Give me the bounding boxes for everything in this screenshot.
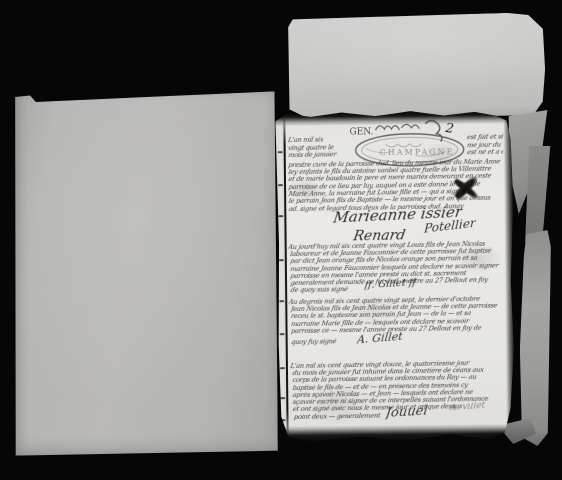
manuscript-page: GEN. CHAMPAGNE 2 L'an mil sixest fait et… [275, 109, 515, 443]
handwriting-line: est fait et signé [466, 134, 503, 141]
handwriting-line: mois de januier [288, 151, 345, 159]
handwriting-line: quoy fuy signé [291, 338, 347, 346]
signature: A. Gillet [357, 331, 404, 346]
handwriting-layer: L'an mil sixest fait et signévingt quatr… [275, 109, 515, 443]
handwriting-line: L'an mil six [287, 136, 344, 144]
handwriting-line: me jour du [467, 141, 504, 148]
signature: ff. Gillet ff [364, 278, 417, 291]
handwriting-line: de quoy suis signé [290, 286, 353, 294]
handwriting-line: vingt quatre le [288, 144, 345, 152]
page-bottom-torn-edge [279, 424, 516, 443]
loose-paper-sheet [285, 12, 546, 122]
signature: Jouuel [385, 404, 428, 420]
blank-left-page [13, 91, 278, 455]
signature: A. villet [449, 402, 485, 414]
archive-scan-photo: GEN. CHAMPAGNE 2 L'an mil sixest fait et… [0, 0, 562, 480]
handwriting-line: point deux — generalement [293, 413, 382, 421]
curled-page-edge [519, 230, 551, 446]
handwriting-line: est né et a esté bap. [467, 149, 504, 156]
